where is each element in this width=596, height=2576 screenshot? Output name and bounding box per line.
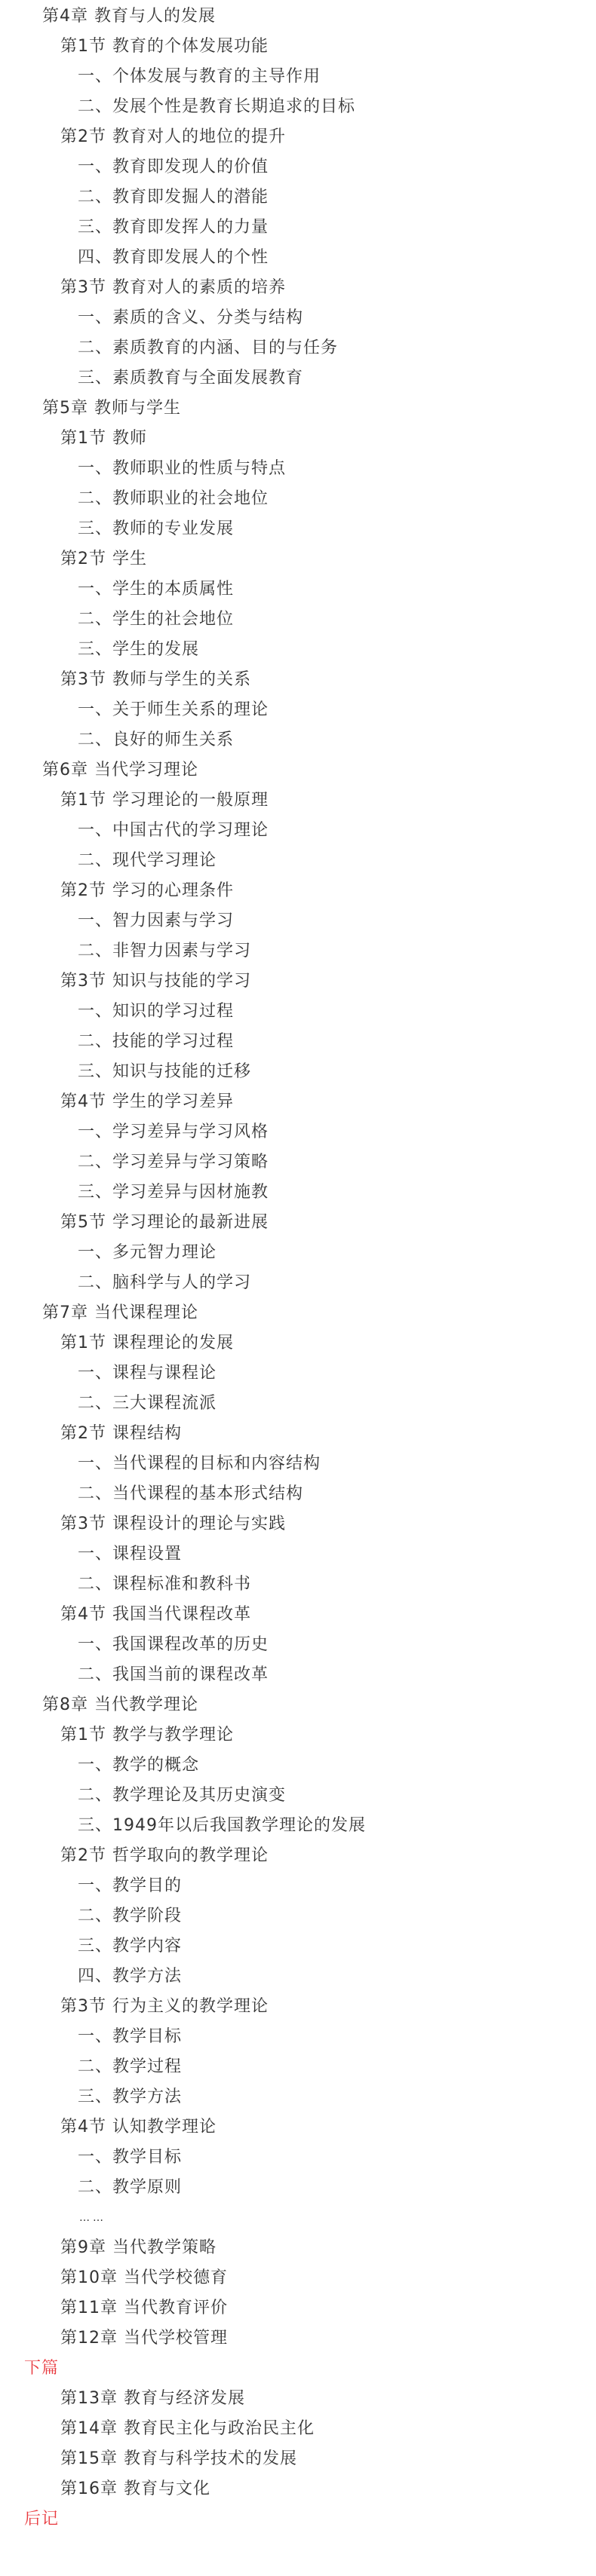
toc-item: 二、脑科学与人的学习 <box>0 1268 596 1298</box>
toc-item: 一、我国课程改革的历史 <box>0 1630 596 1660</box>
toc-chapter: 第10章 当代学校德育 <box>0 2263 596 2293</box>
toc-item: 一、关于师生关系的理论 <box>0 695 596 725</box>
toc-item: 二、良好的师生关系 <box>0 725 596 755</box>
toc-item: 二、三大课程流派 <box>0 1389 596 1419</box>
toc-item: 二、课程标准和教科书 <box>0 1570 596 1600</box>
toc-item: 一、智力因素与学习 <box>0 906 596 936</box>
toc-section: 第3节 知识与技能的学习 <box>0 966 596 997</box>
toc-section: 第2节 学习的心理条件 <box>0 876 596 906</box>
toc-item: 二、非智力因素与学习 <box>0 936 596 966</box>
toc-item: 二、学习差异与学习策略 <box>0 1147 596 1178</box>
toc-section: 第5节 学习理论的最新进展 <box>0 1208 596 1238</box>
toc-item: 一、当代课程的目标和内容结构 <box>0 1449 596 1479</box>
toc-item: 二、技能的学习过程 <box>0 1027 596 1057</box>
toc-chapter: 第5章 教师与学生 <box>0 394 596 424</box>
toc-item: 一、多元智力理论 <box>0 1238 596 1268</box>
toc-section: 第3节 教师与学生的关系 <box>0 665 596 695</box>
toc-chapter: 第16章 教育与文化 <box>0 2474 596 2504</box>
toc-item: 二、现代学习理论 <box>0 846 596 876</box>
toc-item: 一、素质的含义、分类与结构 <box>0 303 596 333</box>
toc-item: 三、教学方法 <box>0 2082 596 2112</box>
toc-chapter: 第12章 当代学校管理 <box>0 2323 596 2354</box>
toc-item: 一、学习差异与学习风格 <box>0 1117 596 1147</box>
toc-section: 第3节 课程设计的理论与实践 <box>0 1509 596 1539</box>
toc-chapter: 第13章 教育与经济发展 <box>0 2384 596 2414</box>
toc-item: 三、1949年以后我国教学理论的发展 <box>0 1811 596 1841</box>
toc-chapter: 第15章 教育与科学技术的发展 <box>0 2444 596 2474</box>
toc-item: 二、教师职业的社会地位 <box>0 484 596 514</box>
toc-item: 三、教学内容 <box>0 1931 596 1962</box>
toc-ellipsis: …… <box>0 2203 596 2233</box>
toc-item: 一、课程设置 <box>0 1539 596 1570</box>
toc-part-heading: 后记 <box>0 2504 596 2535</box>
table-of-contents: 第4章 教育与人的发展第1节 教育的个体发展功能一、个体发展与教育的主导作用二、… <box>0 0 596 2535</box>
toc-item: 一、教学目标 <box>0 2143 596 2173</box>
toc-chapter: 第7章 当代课程理论 <box>0 1298 596 1328</box>
toc-item: 一、教学目的 <box>0 1871 596 1901</box>
toc-item: 一、中国古代的学习理论 <box>0 816 596 846</box>
toc-section: 第1节 教育的个体发展功能 <box>0 32 596 62</box>
toc-section: 第2节 哲学取向的教学理论 <box>0 1841 596 1871</box>
toc-section: 第2节 教育对人的地位的提升 <box>0 122 596 152</box>
toc-section: 第1节 课程理论的发展 <box>0 1328 596 1358</box>
toc-item: 三、教育即发挥人的力量 <box>0 213 596 243</box>
toc-item: 二、教学原则 <box>0 2173 596 2203</box>
toc-item: 一、教师职业的性质与特点 <box>0 454 596 484</box>
toc-item: 二、素质教育的内涵、目的与任务 <box>0 333 596 363</box>
toc-chapter: 第14章 教育民主化与政治民主化 <box>0 2414 596 2444</box>
toc-item: 三、素质教育与全面发展教育 <box>0 363 596 394</box>
toc-section: 第3节 教育对人的素质的培养 <box>0 273 596 303</box>
toc-item: 三、学生的发展 <box>0 635 596 665</box>
toc-item: 一、知识的学习过程 <box>0 997 596 1027</box>
toc-item: 四、教育即发展人的个性 <box>0 243 596 273</box>
toc-section: 第2节 课程结构 <box>0 1419 596 1449</box>
toc-chapter: 第9章 当代教学策略 <box>0 2233 596 2263</box>
toc-item: 三、知识与技能的迁移 <box>0 1057 596 1087</box>
toc-item: 二、学生的社会地位 <box>0 605 596 635</box>
toc-item: 三、教师的专业发展 <box>0 514 596 544</box>
toc-item: 一、课程与课程论 <box>0 1358 596 1389</box>
toc-chapter: 第8章 当代教学理论 <box>0 1690 596 1720</box>
toc-item: 一、教学的概念 <box>0 1751 596 1781</box>
toc-section: 第1节 教学与教学理论 <box>0 1720 596 1751</box>
toc-item: 二、当代课程的基本形式结构 <box>0 1479 596 1509</box>
toc-item: 二、教育即发掘人的潜能 <box>0 182 596 213</box>
toc-item: 一、教育即发现人的价值 <box>0 152 596 182</box>
toc-item: 二、教学阶段 <box>0 1901 596 1931</box>
toc-chapter: 第4章 教育与人的发展 <box>0 2 596 32</box>
toc-chapter: 第11章 当代教育评价 <box>0 2293 596 2323</box>
toc-item: 三、学习差异与因材施教 <box>0 1178 596 1208</box>
toc-item: 二、教学过程 <box>0 2052 596 2082</box>
toc-item: 一、学生的本质属性 <box>0 574 596 605</box>
toc-part-heading: 下篇 <box>0 2354 596 2384</box>
toc-item: 一、教学目标 <box>0 2022 596 2052</box>
toc-section: 第1节 教师 <box>0 424 596 454</box>
toc-item: 二、发展个性是教育长期追求的目标 <box>0 92 596 122</box>
toc-item: 一、个体发展与教育的主导作用 <box>0 62 596 92</box>
toc-section: 第1节 学习理论的一般原理 <box>0 786 596 816</box>
toc-section: 第4节 我国当代课程改革 <box>0 1600 596 1630</box>
toc-section: 第4节 认知教学理论 <box>0 2112 596 2143</box>
toc-section: 第2节 学生 <box>0 544 596 574</box>
toc-item: 二、教学理论及其历史演变 <box>0 1781 596 1811</box>
toc-chapter: 第6章 当代学习理论 <box>0 755 596 786</box>
toc-section: 第3节 行为主义的教学理论 <box>0 1992 596 2022</box>
toc-section: 第4节 学生的学习差异 <box>0 1087 596 1117</box>
toc-item: 二、我国当前的课程改革 <box>0 1660 596 1690</box>
toc-item: 四、教学方法 <box>0 1962 596 1992</box>
